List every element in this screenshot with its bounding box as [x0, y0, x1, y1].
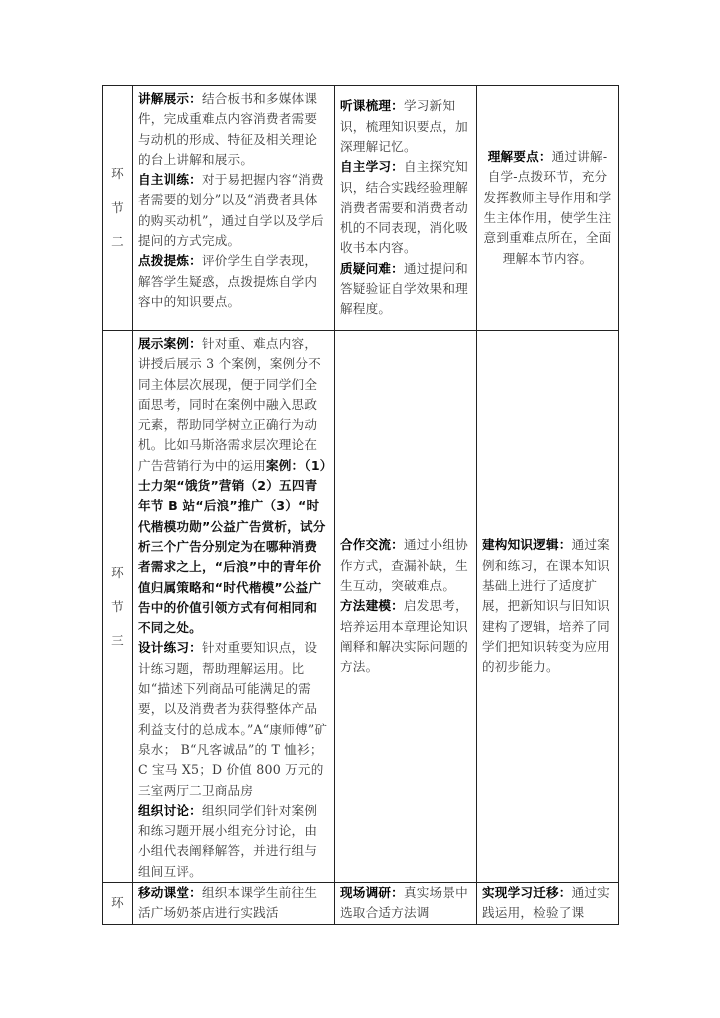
- intent-item: 理解要点：通过讲解-自学-点拨环节，充分发挥教师主导作用和学生主体作用，使学生注…: [482, 147, 613, 269]
- table-row-stage-3: 环 节 三 展示案例：针对重、难点内容，讲授后展示 3 个案例，案例分不同主体层…: [103, 331, 619, 883]
- student-activity-cell: 现场调研：真实场景中选取合适方法调: [335, 883, 477, 925]
- teacher-item: 移动课堂：组织本课学生前往生活广场奶茶店进行实践活: [138, 883, 329, 924]
- student-item: 合作交流：通过小组协作方式，查漏补缺，生生互动，突破难点。: [340, 535, 471, 596]
- stage-char: 环: [108, 556, 127, 590]
- stage-char: 环: [108, 157, 127, 191]
- item-label: 自主学习：: [340, 159, 404, 174]
- item-label: 听课梳理：: [340, 98, 404, 113]
- item-label: 方法建模：: [340, 598, 404, 613]
- student-item: 方法建模：启发思考，培养运用本章理论知识阐释和解决实际问题的方法。: [340, 596, 471, 677]
- table-row-stage-4: 环 移动课堂：组织本课学生前往生活广场奶茶店进行实践活 现场调研：真实场景中选取…: [103, 883, 619, 925]
- student-item: 现场调研：真实场景中选取合适方法调: [340, 883, 471, 924]
- item-text: 针对重、难点内容，讲授后展示 3 个案例，案例分不同主体层次展现，便于同学们全面…: [138, 336, 321, 473]
- teacher-item: 讲解展示：结合板书和多媒体课件，完成重难点内容消费者需要与动机的形成、特征及相关…: [138, 89, 329, 170]
- item-label: 理解要点：: [488, 149, 552, 164]
- item-label: 现场调研：: [340, 885, 404, 900]
- design-intent-cell: 建构知识逻辑：通过案例和练习，在课本知识基础上进行了适度扩展，把新知识与旧知识建…: [477, 331, 619, 883]
- stage-char: 环: [108, 886, 127, 920]
- item-label: 讲解展示：: [138, 91, 202, 106]
- teacher-item: 设计练习：针对重要知识点，设计练习题，帮助理解运用。比如“描述下列商品可能满足的…: [138, 638, 329, 800]
- item-text: 通过讲解-自学-点拨环节，充分发挥教师主导作用和学生主体作用，使学生注意到重难点…: [484, 149, 612, 265]
- item-label: 点拨提炼：: [138, 253, 202, 268]
- item-label: 自主训练：: [138, 172, 202, 187]
- table-row-stage-2: 环 节 二 讲解展示：结合板书和多媒体课件，完成重难点内容消费者需要与动机的形成…: [103, 86, 619, 331]
- intent-item: 建构知识逻辑：通过案例和练习，在课本知识基础上进行了适度扩展，把新知识与旧知识建…: [482, 535, 613, 677]
- item-emphasis: 案例：（1）士力架“饿货”营销（2）五四青年节 B 站“后浪”推广（3）“时代楷…: [138, 458, 326, 635]
- student-item: 质疑问难：通过提问和答疑验证自学效果和理解程度。: [340, 259, 471, 320]
- lesson-plan-table: 环 节 二 讲解展示：结合板书和多媒体课件，完成重难点内容消费者需要与动机的形成…: [102, 85, 619, 925]
- stage-char: 三: [108, 624, 127, 658]
- teacher-item: 展示案例：针对重、难点内容，讲授后展示 3 个案例，案例分不同主体层次展现，便于…: [138, 334, 329, 638]
- item-label: 展示案例：: [138, 336, 202, 351]
- design-intent-cell: 实现学习迁移：通过实践运用，检验了课: [477, 883, 619, 925]
- student-item: 自主学习：自主探究知识，结合实践经验理解消费者需要和消费者动机的不同表现，消化吸…: [340, 157, 471, 258]
- item-text: 针对重要知识点，设计练习题，帮助理解运用。比如“描述下列商品可能满足的需要，以及…: [138, 640, 327, 797]
- item-label: 组织讨论：: [138, 803, 202, 818]
- teacher-item: 自主训练：对于易把握内容“消费者需要的划分”以及“消费者具体的购买动机”，通过自…: [138, 170, 329, 251]
- document-page: 环 节 二 讲解展示：结合板书和多媒体课件，完成重难点内容消费者需要与动机的形成…: [0, 0, 720, 1018]
- teacher-item: 点拨提炼：评价学生自学表现，解答学生疑惑，点拨提炼自学内容中的知识要点。: [138, 251, 329, 312]
- student-activity-cell: 听课梳理：学习新知识，梳理知识要点，加深理解记忆。 自主学习：自主探究知识，结合…: [335, 86, 477, 331]
- design-intent-cell: 理解要点：通过讲解-自学-点拨环节，充分发挥教师主导作用和学生主体作用，使学生注…: [477, 86, 619, 331]
- student-activity-cell: 合作交流：通过小组协作方式，查漏补缺，生生互动，突破难点。 方法建模：启发思考，…: [335, 331, 477, 883]
- teacher-activity-cell: 移动课堂：组织本课学生前往生活广场奶茶店进行实践活: [133, 883, 335, 925]
- item-label: 移动课堂：: [138, 885, 202, 900]
- stage-char: 二: [108, 225, 127, 259]
- student-item: 听课梳理：学习新知识，梳理知识要点，加深理解记忆。: [340, 96, 471, 157]
- item-label: 合作交流：: [340, 537, 404, 552]
- item-label: 实现学习迁移：: [482, 885, 572, 900]
- teacher-item: 组织讨论：组织同学们针对案例和练习题开展小组充分讨论，由小组代表阐释解答，并进行…: [138, 801, 329, 882]
- item-label: 建构知识逻辑：: [482, 537, 572, 552]
- stage-char: 节: [108, 191, 127, 225]
- item-label: 设计练习：: [138, 640, 202, 655]
- teacher-activity-cell: 讲解展示：结合板书和多媒体课件，完成重难点内容消费者需要与动机的形成、特征及相关…: [133, 86, 335, 331]
- stage-label-cell: 环 节 三: [103, 331, 133, 883]
- stage-char: 节: [108, 590, 127, 624]
- item-label: 质疑问难：: [340, 261, 404, 276]
- stage-label-cell: 环 节 二: [103, 86, 133, 331]
- intent-item: 实现学习迁移：通过实践运用，检验了课: [482, 883, 613, 924]
- stage-label-cell: 环: [103, 883, 133, 925]
- item-text: 通过案例和练习，在课本知识基础上进行了适度扩展，把新知识与旧知识建构了逻辑，培养…: [482, 537, 610, 674]
- teacher-activity-cell: 展示案例：针对重、难点内容，讲授后展示 3 个案例，案例分不同主体层次展现，便于…: [133, 331, 335, 883]
